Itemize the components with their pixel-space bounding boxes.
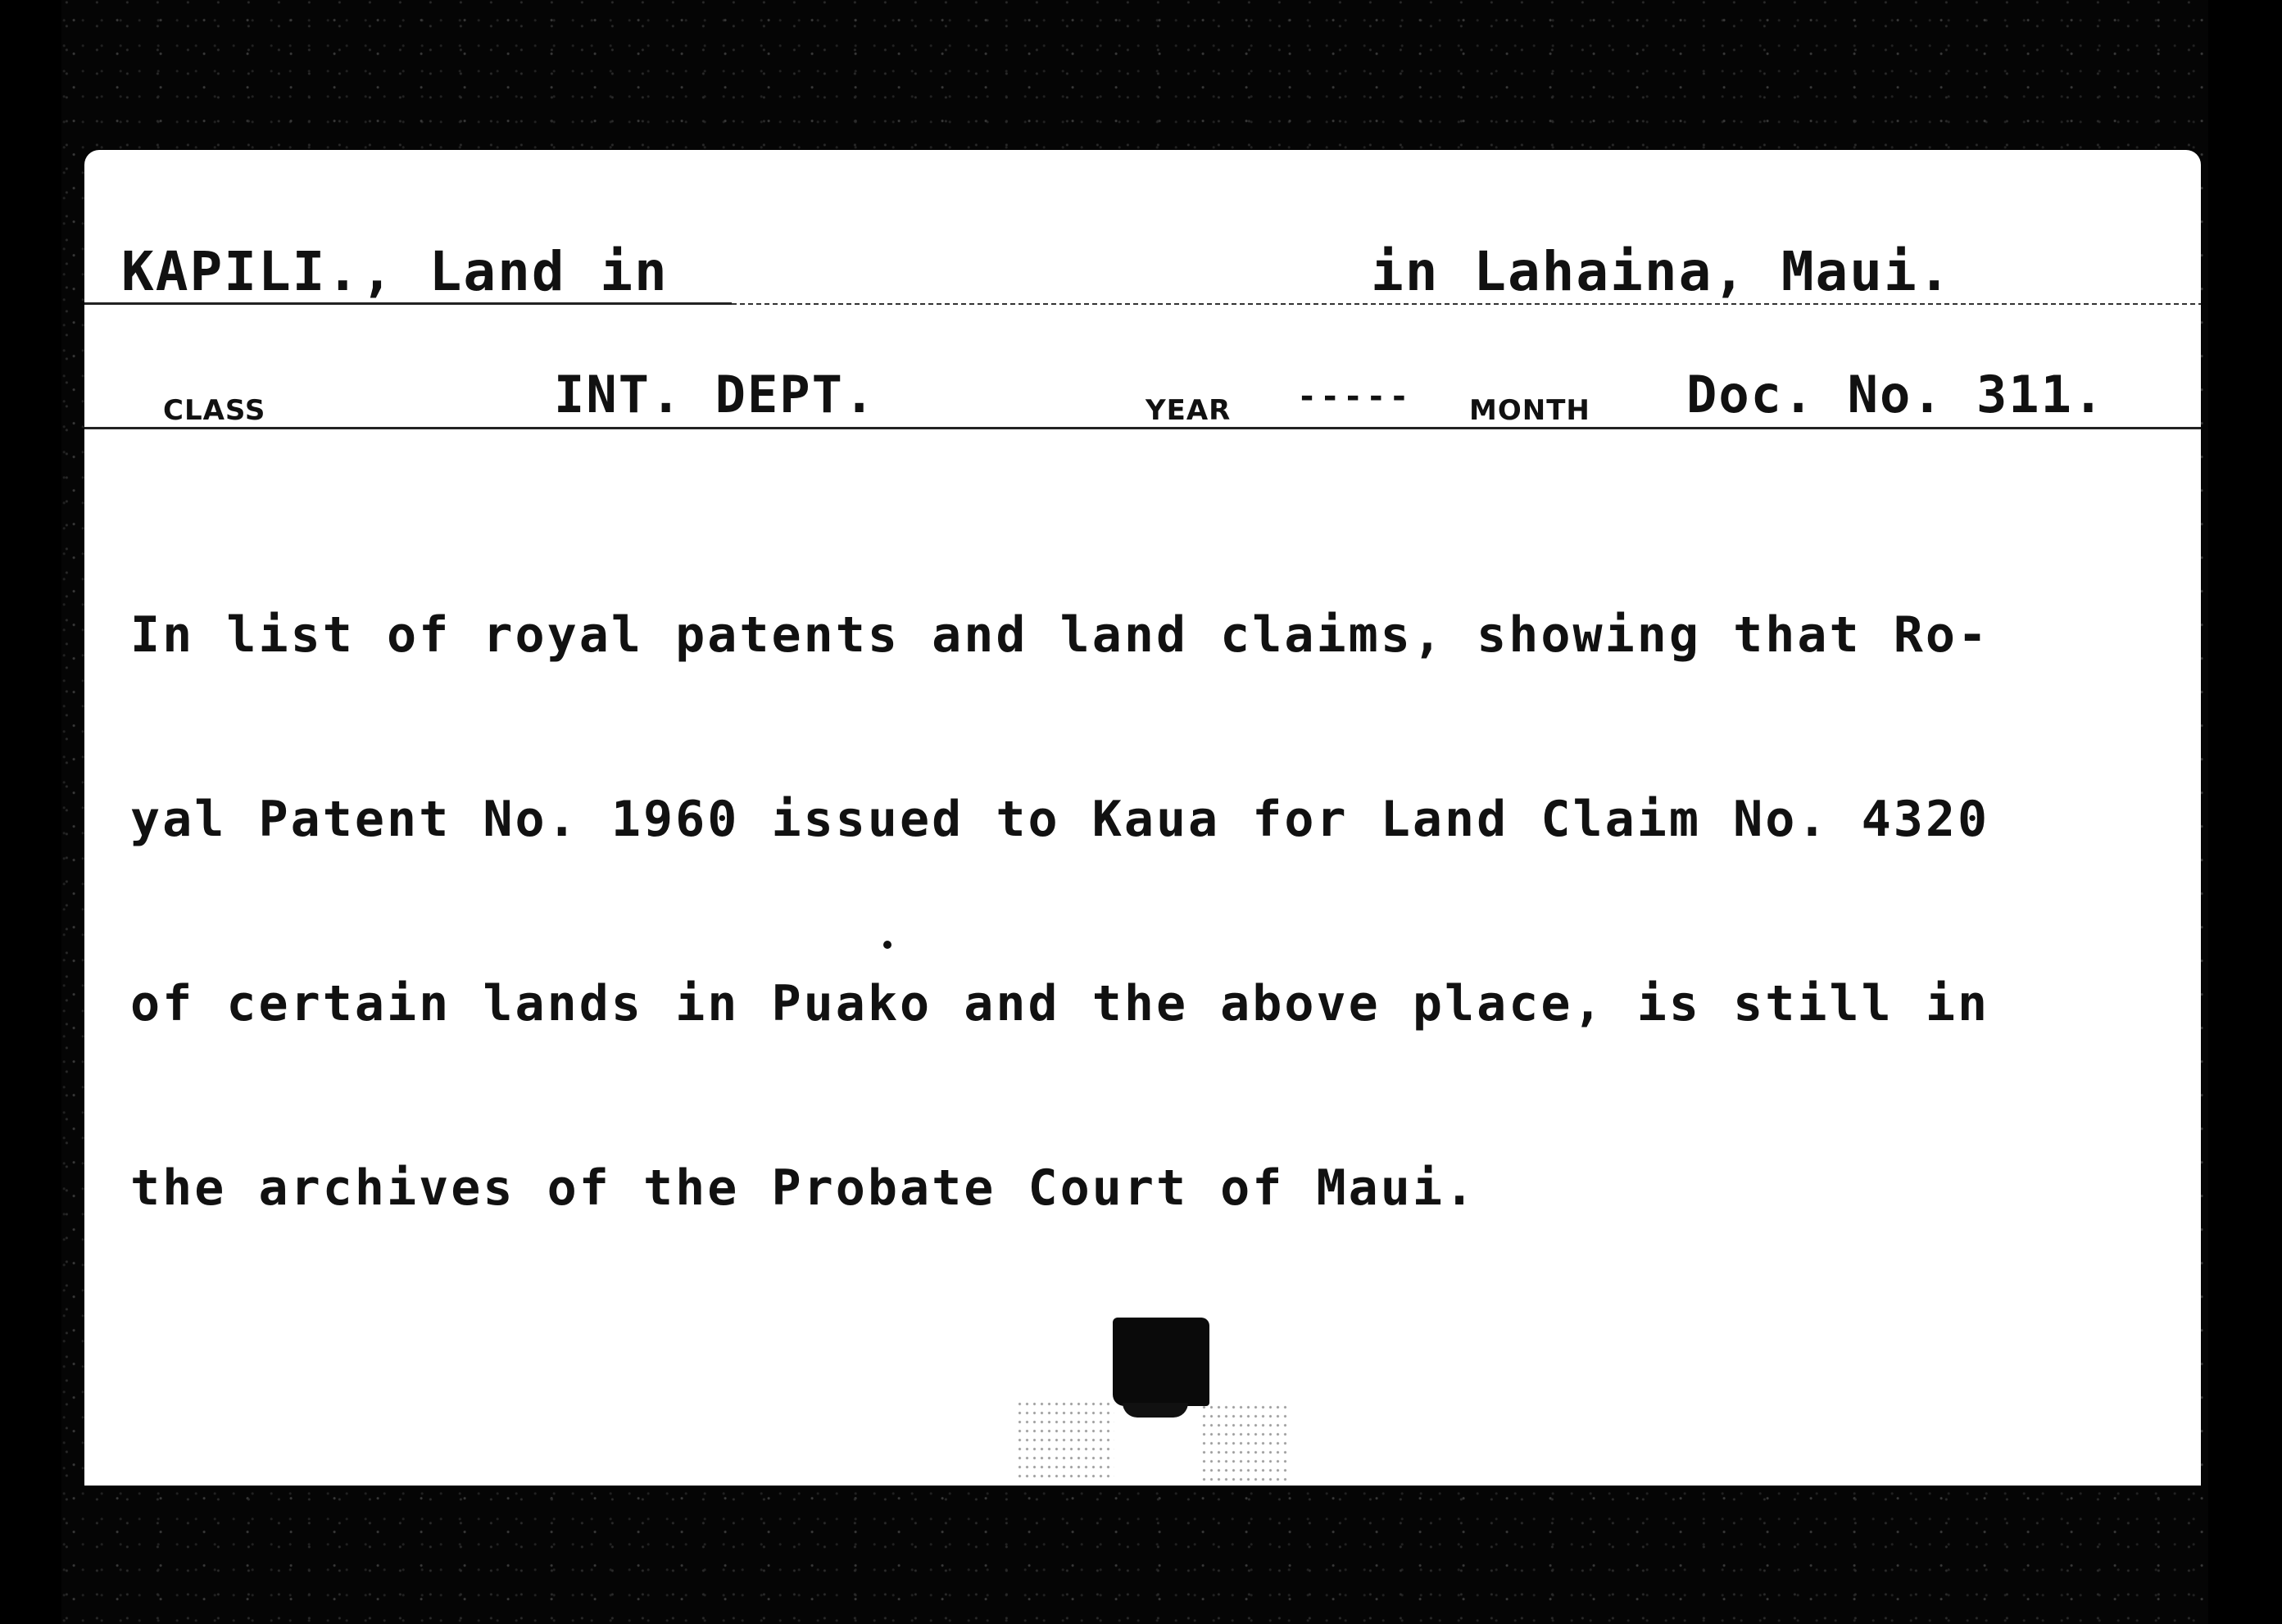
index-card: KAPILI., Land in in Lahaina, Maui. CLASS…	[84, 150, 2201, 1486]
month-label: MONTH	[1469, 394, 1590, 427]
scan-border-left	[0, 0, 61, 1624]
card-title: KAPILI., Land in	[121, 240, 669, 303]
body-line: the archives of the Probate Court of Mau…	[130, 1158, 1989, 1219]
class-value: INT. DEPT.	[554, 365, 876, 424]
scan-noise-right	[1200, 1403, 1291, 1481]
title-rule-continuation	[732, 303, 2201, 305]
punch-hole-mark	[1113, 1318, 1209, 1406]
ink-speck	[883, 941, 891, 949]
year-label: YEAR	[1146, 394, 1231, 427]
doc-number: Doc. No. 311.	[1686, 365, 2105, 424]
body-line: In list of royal patents and land claims…	[130, 605, 1989, 666]
body-line: yal Patent No. 1960 issued to Kaua for L…	[130, 789, 1989, 851]
punch-hole-shadow	[1123, 1403, 1188, 1418]
scanned-index-card-image: KAPILI., Land in in Lahaina, Maui. CLASS…	[0, 0, 2282, 1624]
scan-border-right	[2208, 0, 2282, 1624]
card-body: In list of royal patents and land claims…	[130, 482, 1989, 1342]
title-underline	[84, 302, 732, 305]
body-line: of certain lands in Puako and the above …	[130, 973, 1989, 1035]
meta-rule	[84, 427, 2201, 429]
year-value: -----	[1297, 378, 1412, 415]
scan-noise-left	[1016, 1399, 1114, 1481]
card-location: in Lahaina, Maui.	[1371, 240, 1953, 303]
class-label: CLASS	[163, 394, 265, 427]
